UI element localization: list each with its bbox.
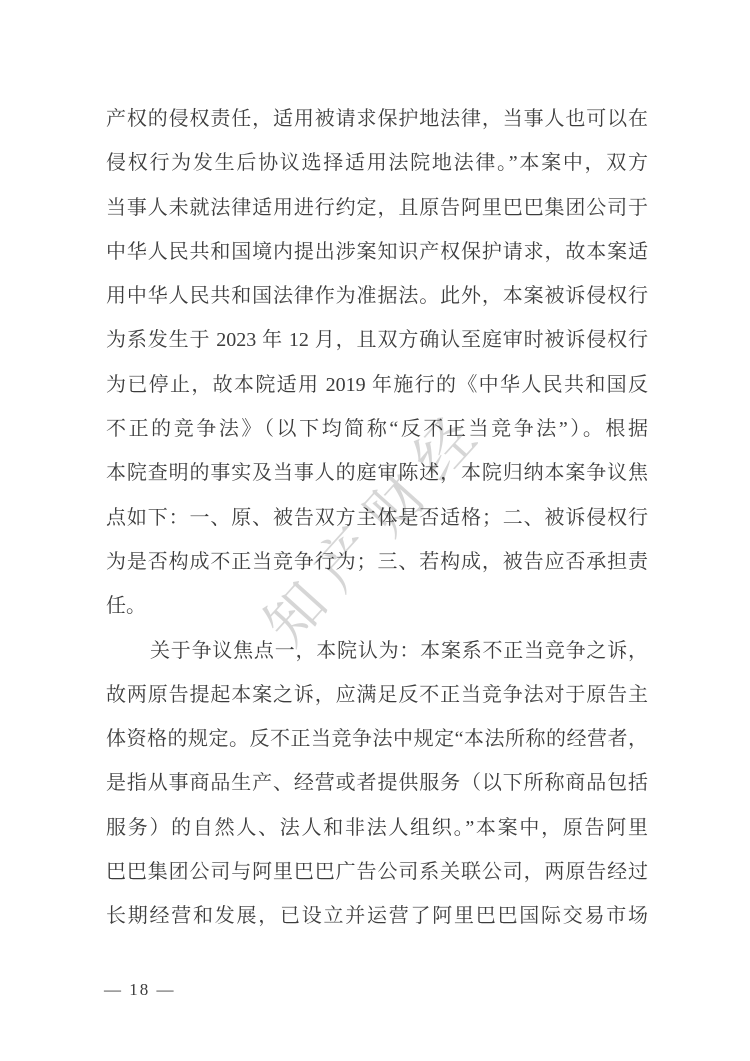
text-line: 为已停止，故本院适用 2019 年施行的《中华人民共和国反: [106, 363, 648, 407]
text-line: 用中华人民共和国法律作为准据法。此外，本案被诉侵权行: [106, 274, 648, 318]
page-number-footer: — 18 —: [104, 980, 176, 1000]
text-line: 巴巴集团公司与阿里巴巴广告公司系关联公司，两原告经过: [106, 850, 648, 894]
text-line: 点如下：一、原、被告双方主体是否适格；二、被诉侵权行: [106, 496, 648, 540]
text-line: 故两原告提起本案之诉，应满足反不正当竞争法对于原告主: [106, 673, 648, 717]
text-line: 当事人未就法律适用进行约定，且原告阿里巴巴集团公司于: [106, 186, 648, 230]
document-page: 知产财经 产权的侵权责任，适用被请求保护地法律，当事人也可以在侵权行为发生后协议…: [0, 0, 750, 1061]
text-line: 中华人民共和国境内提出涉案知识产权保护请求，故本案适: [106, 230, 648, 274]
text-line: 不正的竞争法》（以下均简称“反不正当竞争法”）。根据: [106, 407, 648, 451]
text-line: 长期经营和发展，已设立并运营了阿里巴巴国际交易市场: [106, 894, 648, 938]
text-line: 为系发生于 2023 年 12 月，且双方确认至庭审时被诉侵权行: [106, 318, 648, 362]
text-line: 关于争议焦点一，本院认为：本案系不正当竞争之诉，: [106, 629, 648, 673]
text-line: 产权的侵权责任，适用被请求保护地法律，当事人也可以在: [106, 97, 648, 141]
text-line: 任。: [106, 584, 648, 628]
text-line: 本院查明的事实及当事人的庭审陈述，本院归纳本案争议焦: [106, 451, 648, 495]
text-line: 侵权行为发生后协议选择适用法院地法律。”本案中，双方: [106, 141, 648, 185]
text-line: 体资格的规定。反不正当竞争法中规定“本法所称的经营者，: [106, 717, 648, 761]
text-block: 产权的侵权责任，适用被请求保护地法律，当事人也可以在侵权行为发生后协议选择适用法…: [106, 97, 648, 939]
text-line: 为是否构成不正当竞争行为；三、若构成，被告应否承担责: [106, 540, 648, 584]
text-line: 是指从事商品生产、经营或者提供服务（以下所称商品包括: [106, 761, 648, 805]
text-line: 服务）的自然人、法人和非法人组织。”本案中，原告阿里: [106, 806, 648, 850]
